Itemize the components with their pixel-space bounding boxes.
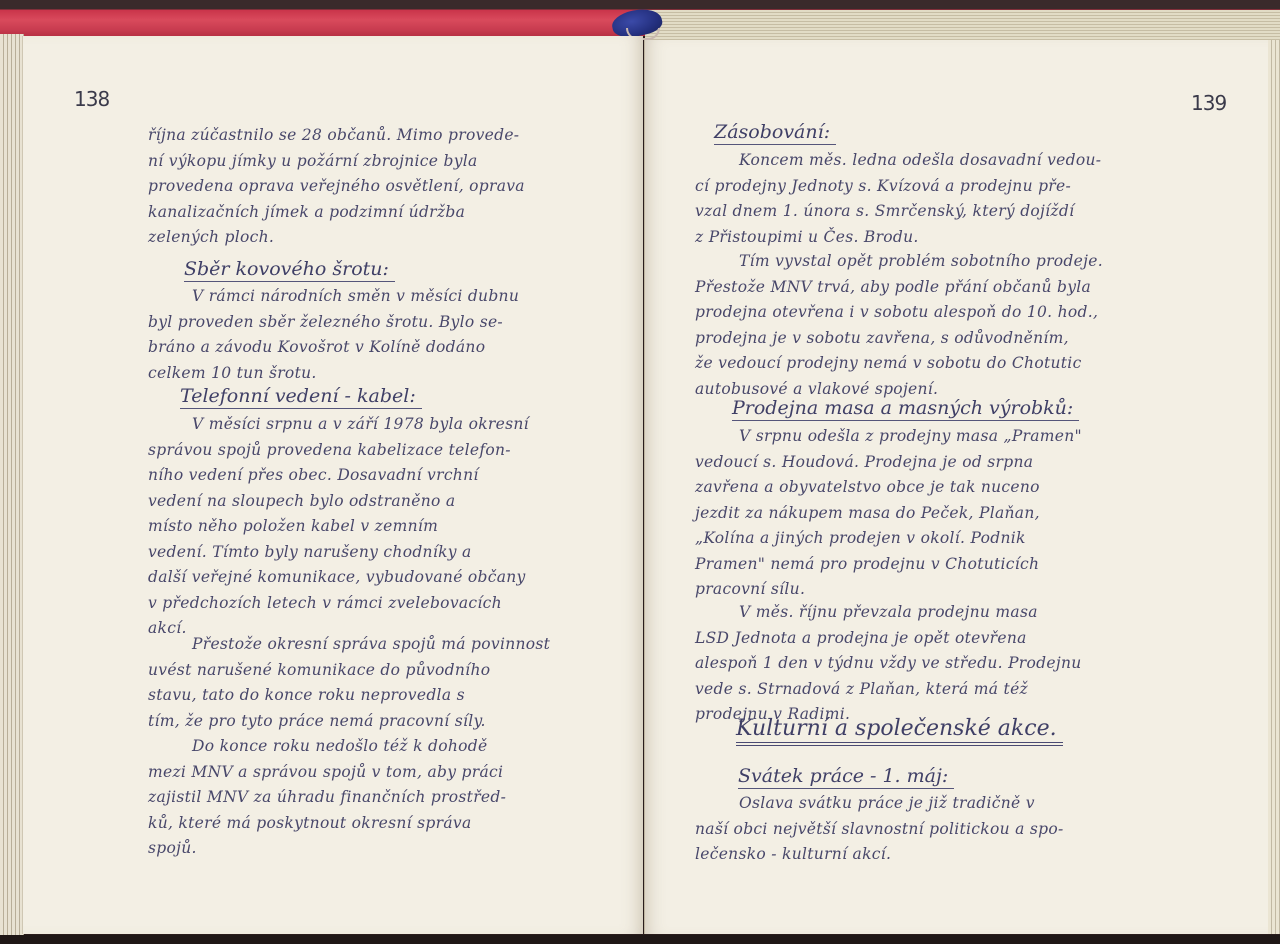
left-paragraph-3: V měsíci srpnu a v září 1978 byla okresn…	[148, 412, 529, 642]
heading-cultural-events: Kulturní a společenské akce.	[736, 716, 1063, 746]
text-line: provedena oprava veřejného osvětlení, op…	[148, 174, 525, 200]
text-line: Koncem měs. ledna odešla dosavadní vedou…	[695, 148, 1101, 174]
right-paragraph-3: V srpnu odešla z prodejny masa „Pramen" …	[695, 424, 1082, 603]
text-line: že vedoucí prodejny nemá v sobotu do Cho…	[695, 351, 1103, 377]
text-line: lečensko - kulturní akcí.	[695, 842, 1064, 868]
text-line: Tím vyvstal opět problém sobotního prode…	[695, 249, 1103, 275]
text-line: vede s. Strnadová z Plaňan, která má též	[695, 677, 1082, 703]
text-line: zelených ploch.	[148, 225, 525, 251]
text-line: zavřena a obyvatelstvo obce je tak nucen…	[695, 475, 1082, 501]
text-line: naší obci největší slavnostní politickou…	[695, 817, 1064, 843]
text-line: prodejna je v sobotu zavřena, s odůvodně…	[695, 326, 1103, 352]
text-line: v předchozích letech v rámci zvelebovací…	[148, 591, 529, 617]
text-line: kanalizačních jímek a podzimní údržba	[148, 200, 525, 226]
text-line: vedení na sloupech bylo odstraněno a	[148, 489, 529, 515]
text-line: správou spojů provedena kabelizace telef…	[148, 438, 529, 464]
heading-telephone-cable: Telefonní vedení - kabel:	[180, 385, 422, 409]
left-paragraph-2: V rámci národních směn v měsíci dubnu by…	[148, 284, 519, 386]
text-line: z Přistoupimi u Čes. Brodu.	[695, 225, 1101, 251]
heading-labour-day: Svátek práce - 1. máj:	[738, 765, 954, 789]
text-line: stavu, tato do konce roku neprovedla s	[148, 683, 550, 709]
right-paragraph-5: Oslava svátku práce je již tradičně v na…	[695, 791, 1064, 868]
text-line: Pramen" nemá pro prodejnu v Chotuticích	[695, 552, 1082, 578]
text-line: byl proveden sběr železného šrotu. Bylo …	[148, 310, 519, 336]
text-line: V rámci národních směn v měsíci dubnu	[148, 284, 519, 310]
text-line: pracovní sílu.	[695, 577, 1082, 603]
page-stack-top	[645, 10, 1280, 42]
text-line: ků, které má poskytnout okresní správa	[148, 811, 506, 837]
text-line: zajistil MNV za úhradu finančních prostř…	[148, 785, 506, 811]
text-line: místo něho položen kabel v zemním	[148, 514, 529, 540]
text-line: mezi MNV a správou spojů v tom, aby prác…	[148, 760, 506, 786]
text-line: ního vedení přes obec. Dosavadní vrchní	[148, 463, 529, 489]
right-paragraph-4: V měs. říjnu převzala prodejnu masa LSD …	[695, 600, 1082, 728]
text-line: jezdit za nákupem masa do Peček, Plaňan,	[695, 501, 1082, 527]
text-line: tím, že pro tyto práce nemá pracovní síl…	[148, 709, 550, 735]
text-line: vedoucí s. Houdová. Prodejna je od srpna	[695, 450, 1082, 476]
text-line: ní výkopu jímky u požární zbrojnice byla	[148, 149, 525, 175]
heading-supply: Zásobování:	[714, 121, 836, 145]
text-line: V srpnu odešla z prodejny masa „Pramen"	[695, 424, 1082, 450]
text-line: alespoň 1 den v týdnu vždy ve středu. Pr…	[695, 651, 1082, 677]
page-number-left: 138	[74, 87, 109, 111]
text-line: uvést narušené komunikace do původního	[148, 658, 550, 684]
book-cover-bottom-edge	[0, 935, 1280, 944]
page-stack-left-edge	[0, 34, 24, 938]
text-line: LSD Jednota a prodejna je opět otevřena	[695, 626, 1082, 652]
left-paragraph-4: Přestože okresní správa spojů má povinno…	[148, 632, 550, 734]
page-stack-right-edge	[1268, 40, 1280, 934]
heading-scrap-metal: Sběr kovového šrotu:	[184, 258, 395, 282]
left-paragraph-1: října zúčastnilo se 28 občanů. Mimo prov…	[148, 123, 525, 251]
text-line: spojů.	[148, 836, 506, 862]
text-line: vzal dnem 1. února s. Smrčenský, který d…	[695, 199, 1101, 225]
text-line: Do konce roku nedošlo též k dohodě	[148, 734, 506, 760]
page-number-right: 139	[1191, 91, 1226, 115]
text-line: „Kolína a jiných prodejen v okolí. Podni…	[695, 526, 1082, 552]
text-line: prodejna otevřena i v sobotu alespoň do …	[695, 300, 1103, 326]
left-paragraph-5: Do konce roku nedošlo též k dohodě mezi …	[148, 734, 506, 862]
text-line: října zúčastnilo se 28 občanů. Mimo prov…	[148, 123, 525, 149]
heading-meat-shop: Prodejna masa a masných výrobků:	[732, 397, 1079, 421]
text-line: Oslava svátku práce je již tradičně v	[695, 791, 1064, 817]
text-line: celkem 10 tun šrotu.	[148, 361, 519, 387]
text-line: V měs. říjnu převzala prodejnu masa	[695, 600, 1082, 626]
text-line: Přestože MNV trvá, aby podle přání občan…	[695, 275, 1103, 301]
right-paragraph-2: Tím vyvstal opět problém sobotního prode…	[695, 249, 1103, 402]
right-paragraph-1: Koncem měs. ledna odešla dosavadní vedou…	[695, 148, 1101, 250]
text-line: V měsíci srpnu a v září 1978 byla okresn…	[148, 412, 529, 438]
text-line: Přestože okresní správa spojů má povinno…	[148, 632, 550, 658]
text-line: cí prodejny Jednoty s. Kvízová a prodejn…	[695, 174, 1101, 200]
text-line: bráno a závodu Kovošrot v Kolíně dodáno	[148, 335, 519, 361]
text-line: další veřejné komunikace, vybudované obč…	[148, 565, 529, 591]
text-line: vedení. Tímto byly narušeny chodníky a	[148, 540, 529, 566]
